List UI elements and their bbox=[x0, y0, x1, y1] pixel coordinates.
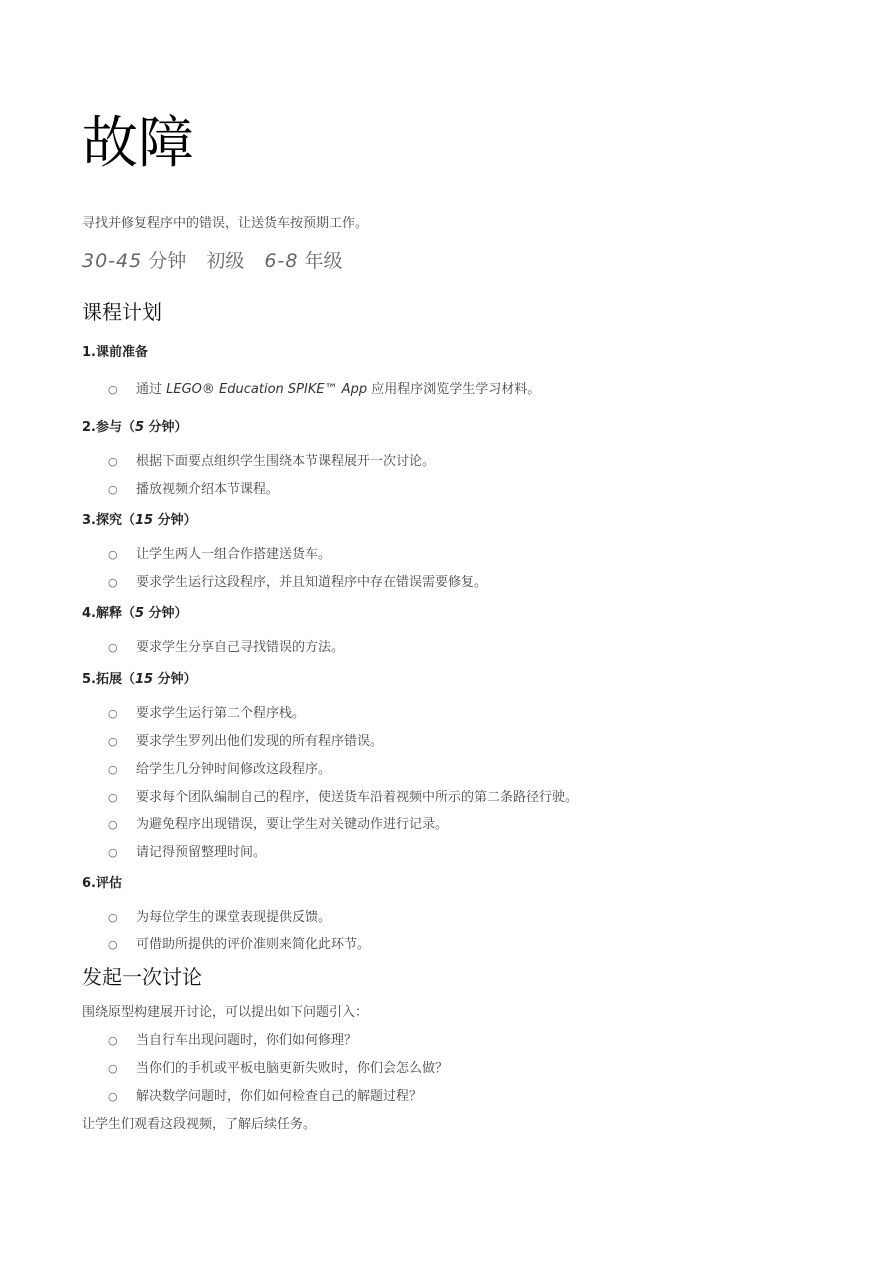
list-item: ○通过 LEGO® Education SPIKE™ App 应用程序浏览学生学… bbox=[108, 378, 540, 397]
bullet-icon: ○ bbox=[108, 735, 136, 748]
list-item: ○播放视频介绍本节课程。 bbox=[108, 478, 279, 497]
section-heading: 4.解释（5 分钟） bbox=[82, 602, 188, 621]
bullet-icon: ○ bbox=[108, 455, 136, 468]
bullet-icon: ○ bbox=[108, 938, 136, 951]
bullet-icon: ○ bbox=[108, 1062, 136, 1075]
section-heading: 2.参与（5 分钟） bbox=[82, 416, 188, 435]
app-name: LEGO® Education SPIKE™ App bbox=[166, 382, 367, 397]
level: 初级 bbox=[206, 250, 244, 272]
bullet-icon: ○ bbox=[108, 1090, 136, 1103]
section-heading: 5.拓展（15 分钟） bbox=[82, 668, 197, 687]
bullet-icon: ○ bbox=[108, 818, 136, 831]
section-heading: 1.课前准备 bbox=[82, 341, 148, 360]
discussion-outro: 让学生们观看这段视频，了解后续任务。 bbox=[82, 1113, 316, 1132]
list-item: ○请记得预留整理时间。 bbox=[108, 841, 266, 860]
list-item: ○让学生两人一组合作搭建送货车。 bbox=[108, 543, 331, 562]
page-subtitle: 寻找并修复程序中的错误，让送货车按预期工作。 bbox=[82, 212, 368, 231]
bullet-icon: ○ bbox=[108, 707, 136, 720]
list-item: ○要求学生运行第二个程序栈。 bbox=[108, 702, 305, 721]
list-item: ○给学生几分钟时间修改这段程序。 bbox=[108, 758, 331, 777]
page-title: 故障 bbox=[82, 108, 194, 180]
duration-value: 30-45 bbox=[82, 250, 142, 272]
lesson-meta: 30-45 分钟 初级 6-8 年级 bbox=[82, 246, 343, 273]
list-item: ○为每位学生的课堂表现提供反馈。 bbox=[108, 906, 331, 925]
bullet-icon: ○ bbox=[108, 548, 136, 561]
list-item: ○解决数学问题时，你们如何检查自己的解题过程？ bbox=[108, 1085, 422, 1104]
bullet-icon: ○ bbox=[108, 483, 136, 496]
bullet-icon: ○ bbox=[108, 383, 136, 396]
list-item: ○可借助所提供的评价准则来简化此环节。 bbox=[108, 933, 370, 952]
bullet-icon: ○ bbox=[108, 911, 136, 924]
grade-unit: 年级 bbox=[304, 250, 342, 272]
duration-unit: 分钟 bbox=[148, 250, 186, 272]
section-heading: 6.评估 bbox=[82, 872, 122, 891]
bullet-icon: ○ bbox=[108, 791, 136, 804]
bullet-icon: ○ bbox=[108, 1034, 136, 1047]
lesson-plan-heading: 课程计划 bbox=[82, 296, 162, 325]
list-item: ○要求学生运行这段程序，并且知道程序中存在错误需要修复。 bbox=[108, 571, 487, 590]
bullet-icon: ○ bbox=[108, 846, 136, 859]
list-item: ○当你们的手机或平板电脑更新失败时，你们会怎么做？ bbox=[108, 1057, 448, 1076]
discussion-heading: 发起一次讨论 bbox=[82, 961, 202, 990]
discussion-intro: 围绕原型构建展开讨论，可以提出如下问题引入： bbox=[82, 1001, 368, 1020]
grade-value: 6-8 bbox=[264, 250, 298, 272]
list-item: ○当自行车出现问题时，你们如何修理？ bbox=[108, 1029, 357, 1048]
section-heading: 3.探究（15 分钟） bbox=[82, 509, 197, 528]
bullet-icon: ○ bbox=[108, 763, 136, 776]
bullet-icon: ○ bbox=[108, 641, 136, 654]
bullet-icon: ○ bbox=[108, 576, 136, 589]
list-item: ○要求每个团队编制自己的程序，使送货车沿着视频中所示的第二条路径行驶。 bbox=[108, 786, 578, 805]
list-item: ○要求学生罗列出他们发现的所有程序错误。 bbox=[108, 730, 383, 749]
list-item: ○要求学生分享自己寻找错误的方法。 bbox=[108, 636, 344, 655]
list-item: ○为避免程序出现错误，要让学生对关键动作进行记录。 bbox=[108, 813, 448, 832]
list-item: ○根据下面要点组织学生围绕本节课程展开一次讨论。 bbox=[108, 450, 435, 469]
